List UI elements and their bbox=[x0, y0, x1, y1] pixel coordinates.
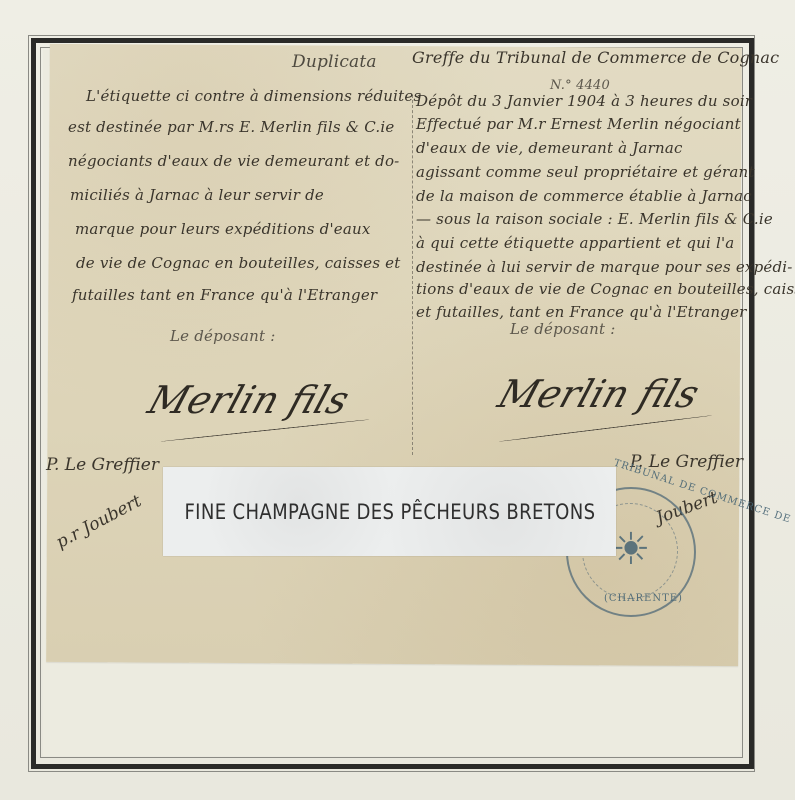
left-signature: Merlin fils bbox=[143, 378, 355, 422]
duplicata-heading: Duplicata bbox=[292, 52, 377, 72]
left-line-6: de vie de Cognac en bouteilles, caisses … bbox=[76, 254, 400, 272]
left-line-7: futailles tant en France qu'à l'Etranger bbox=[72, 286, 377, 304]
left-line-2: est destinée par M.rs E. Merlin fils & C… bbox=[68, 118, 394, 136]
column-divider bbox=[412, 95, 413, 455]
right-line-2: Effectué par M.r Ernest Merlin négociant bbox=[416, 115, 741, 133]
right-line-1: Dépôt du 3 Janvier 1904 à 3 heures du so… bbox=[416, 92, 752, 110]
right-line-3: d'eaux de vie, demeurant à Jarnac bbox=[416, 139, 683, 157]
right-line-10: et futailles, tant en France qu'à l'Etra… bbox=[416, 303, 747, 321]
left-greffier-signature: P. Le Greffier bbox=[46, 455, 159, 475]
label-text: FINE CHAMPAGNE DES PÊCHEURS BRETONS bbox=[184, 500, 595, 524]
deposit-number: N.° 4440 bbox=[550, 78, 610, 93]
right-line-9: tions d'eaux de vie de Cognac en bouteil… bbox=[416, 280, 795, 298]
right-line-7: à qui cette étiquette appartient et qui … bbox=[416, 234, 734, 252]
right-signature: Merlin fils bbox=[493, 372, 705, 416]
right-line-4: agissant comme seul propriétaire et géra… bbox=[416, 163, 755, 181]
right-deposant-label: Le déposant : bbox=[510, 320, 615, 338]
champagne-label: FINE CHAMPAGNE DES PÊCHEURS BRETONS bbox=[163, 467, 616, 556]
stamp-text-bottom: (CHARENTE) bbox=[604, 593, 683, 604]
right-heading: Greffe du Tribunal de Commerce de Cognac bbox=[412, 48, 779, 67]
left-deposant-label: Le déposant : bbox=[170, 327, 275, 345]
left-line-3: négociants d'eaux de vie demeurant et do… bbox=[68, 152, 399, 170]
left-line-1: L'étiquette ci contre à dimensions rédui… bbox=[86, 87, 421, 105]
right-line-5: de la maison de commerce établie à Jarna… bbox=[416, 187, 752, 205]
left-line-5: marque pour leurs expéditions d'eaux bbox=[75, 220, 371, 238]
right-line-6: — sous la raison sociale : E. Merlin fil… bbox=[416, 210, 773, 228]
left-line-4: miciliés à Jarnac à leur servir de bbox=[70, 186, 324, 204]
right-line-8: destinée à lui servir de marque pour ses… bbox=[416, 258, 793, 276]
